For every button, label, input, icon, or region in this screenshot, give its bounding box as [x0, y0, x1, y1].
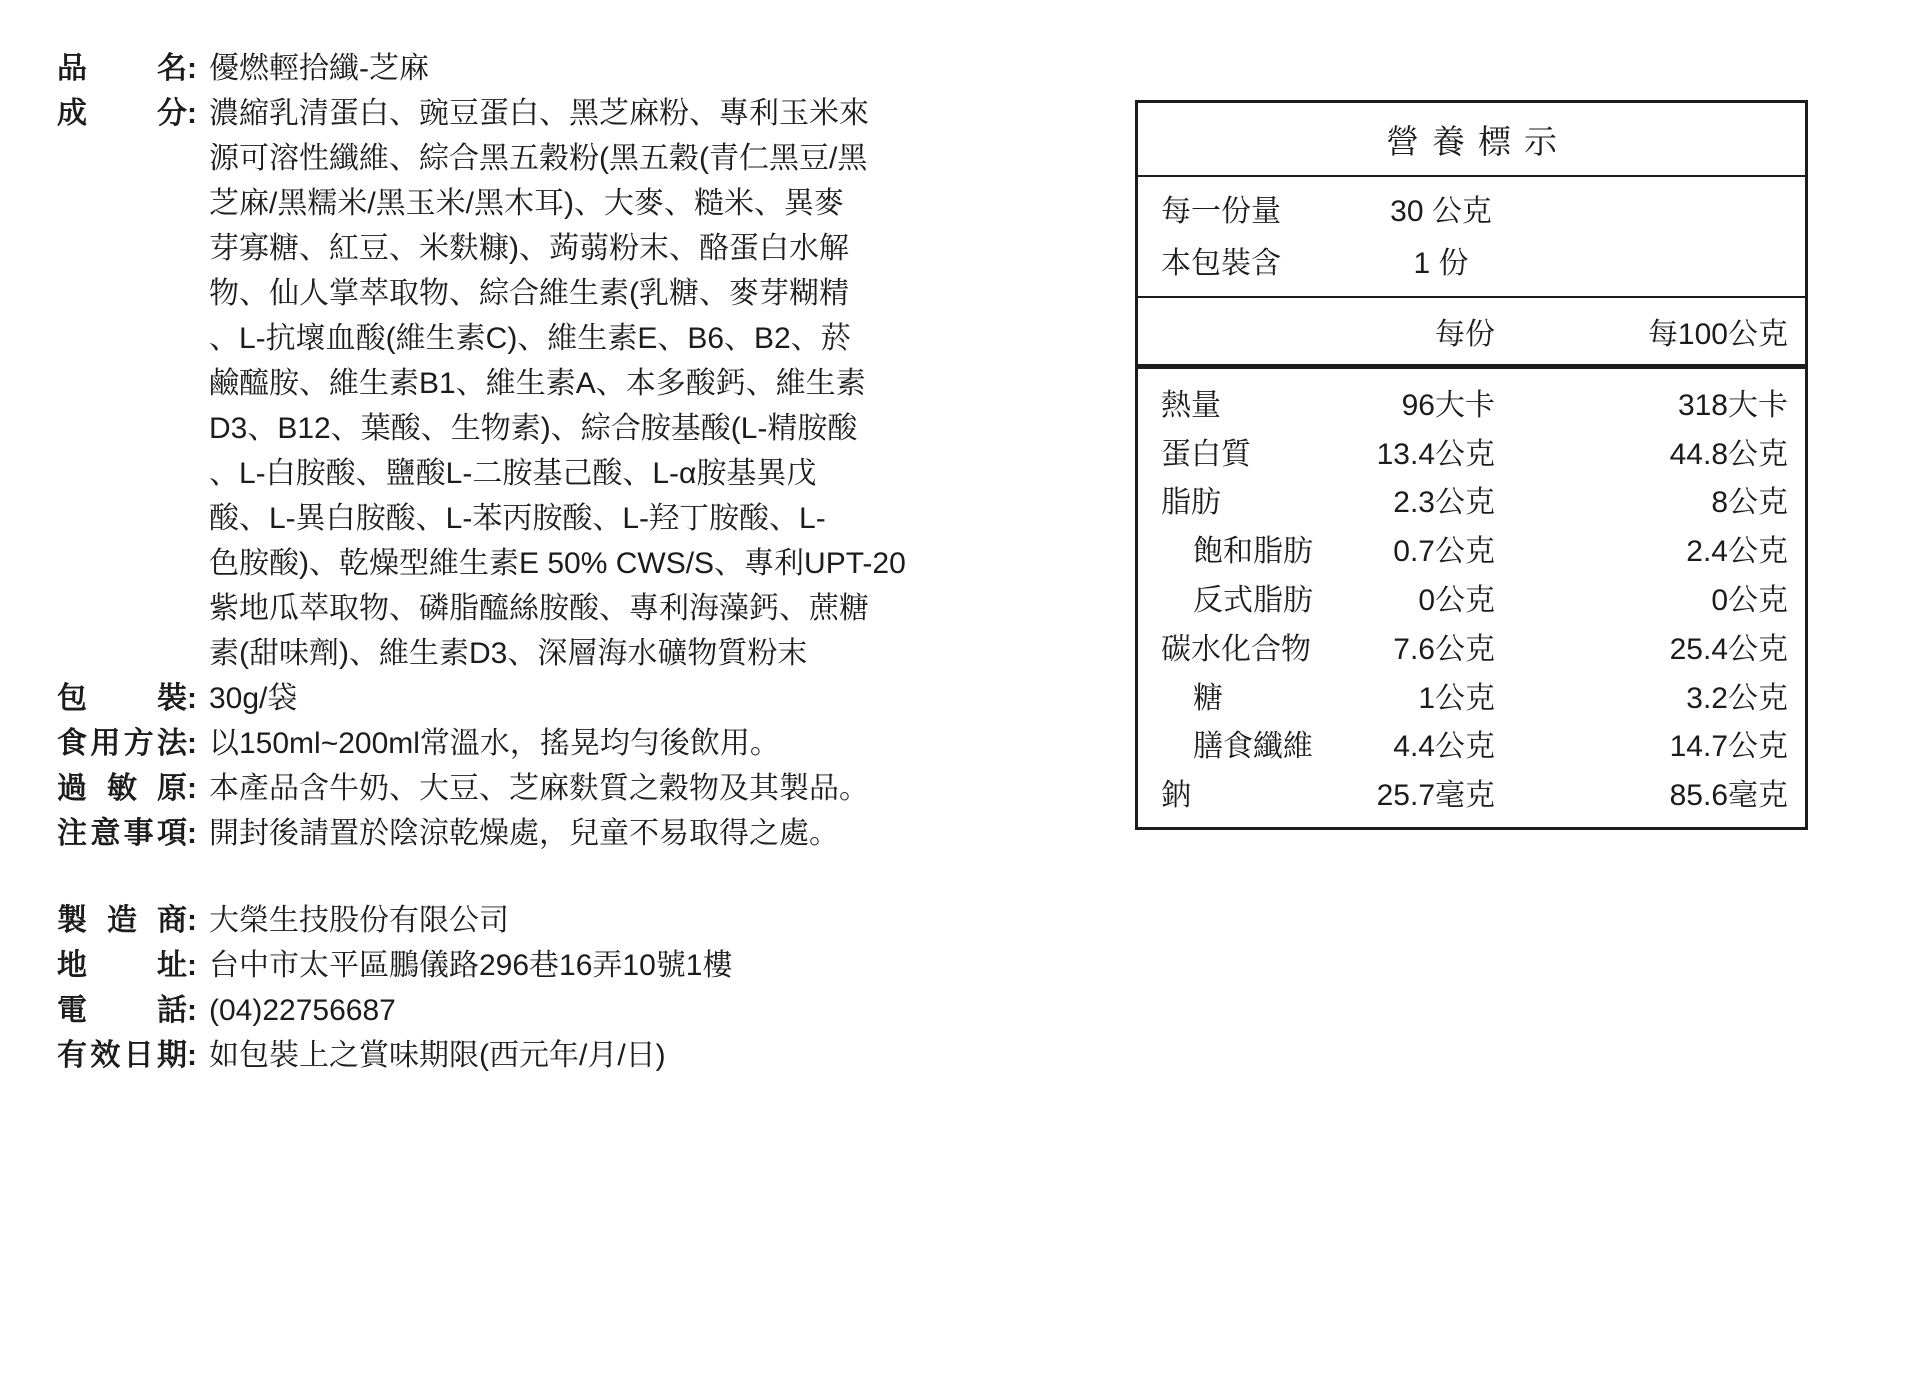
field-colon: :	[187, 943, 197, 988]
product-label-page: 品名 : 優燃輕拾纖-芝麻 成分 : 濃縮乳清蛋白、豌豆蛋白、黑芝麻粉、專利玉米…	[0, 0, 1920, 1384]
field-colon: :	[187, 766, 197, 811]
field-value-address: 台中市太平區鵬儀路296巷16弄10號1樓	[209, 943, 922, 988]
nutrient-label: 飽和脂肪	[1161, 526, 1325, 570]
field-colon: :	[187, 676, 197, 721]
nutrition-row-dietary-fiber: 膳食纖維 4.4公克 14.7公克	[1161, 721, 1788, 765]
field-phone: 電話 : (04)22756687	[57, 988, 922, 1033]
nutrient-label: 碳水化合物	[1161, 624, 1325, 668]
field-value-manufacturer: 大榮生技股份有限公司	[209, 898, 922, 943]
nutrient-per-100g: 44.8公克	[1495, 429, 1788, 473]
nutrient-per-100g: 318大卡	[1495, 380, 1788, 424]
field-label-product-name: 品名	[57, 46, 187, 91]
field-colon: :	[187, 988, 197, 1033]
nutrient-per-serving: 1公克	[1325, 673, 1495, 717]
field-colon: :	[187, 46, 197, 91]
nutrient-per-serving: 4.4公克	[1325, 721, 1495, 765]
nutrient-per-100g: 8公克	[1495, 477, 1788, 521]
field-value-usage: 以150ml~200ml常溫水，搖晃均勻後飲用。	[209, 721, 922, 766]
nutrient-label: 脂肪	[1161, 477, 1325, 521]
field-usage: 食用方法 : 以150ml~200ml常溫水，搖晃均勻後飲用。	[57, 721, 922, 766]
field-value-product-name: 優燃輕拾纖-芝麻	[209, 46, 922, 91]
nutrition-row-sodium: 鈉 25.7毫克 85.6毫克	[1161, 770, 1788, 814]
nutrition-row-calories: 熱量 96大卡 318大卡	[1161, 380, 1788, 424]
column-header-per-100g: 每100公克	[1495, 309, 1788, 353]
field-value-caution: 開封後請置於陰涼乾燥處，兒童不易取得之處。	[209, 811, 922, 856]
field-ingredients: 成分 : 濃縮乳清蛋白、豌豆蛋白、黑芝麻粉、專利玉米來 源可溶性纖維、綜合黑五穀…	[57, 91, 922, 676]
field-value-phone: (04)22756687	[209, 988, 922, 1033]
nutrition-serving-info: 每一份量 30 公克 本包裝含 1 份	[1138, 177, 1805, 298]
field-colon: :	[187, 898, 197, 943]
nutrient-label: 糖	[1161, 673, 1325, 717]
nutrient-per-100g: 85.6毫克	[1495, 770, 1788, 814]
field-value-package: 30g/袋	[209, 676, 922, 721]
field-package: 包裝 : 30g/袋	[57, 676, 922, 721]
servings-per-package-row: 本包裝含 1 份	[1161, 238, 1788, 290]
nutrition-row-protein: 蛋白質 13.4公克 44.8公克	[1161, 429, 1788, 473]
field-colon: :	[187, 811, 197, 856]
nutrient-per-100g: 14.7公克	[1495, 721, 1788, 765]
nutrient-label: 反式脂肪	[1161, 575, 1325, 619]
nutrition-rows: 熱量 96大卡 318大卡 蛋白質 13.4公克 44.8公克 脂肪 2.3公克…	[1138, 369, 1805, 827]
field-value-expiry: 如包裝上之賞味期限(西元年/月/日)	[209, 1033, 922, 1078]
nutrition-row-saturated-fat: 飽和脂肪 0.7公克 2.4公克	[1161, 526, 1788, 570]
field-label-expiry: 有效日期	[57, 1033, 187, 1078]
nutrient-per-serving: 7.6公克	[1325, 624, 1495, 668]
nutrition-row-fat: 脂肪 2.3公克 8公克	[1161, 477, 1788, 521]
nutrient-per-serving: 0.7公克	[1325, 526, 1495, 570]
nutrition-row-carbohydrate: 碳水化合物 7.6公克 25.4公克	[1161, 624, 1788, 668]
serving-size-value: 30 公克	[1376, 186, 1506, 238]
nutrient-label: 熱量	[1161, 380, 1325, 424]
field-label-package: 包裝	[57, 676, 187, 721]
field-caution: 注意事項 : 開封後請置於陰涼乾燥處，兒童不易取得之處。	[57, 811, 922, 856]
nutrient-per-serving: 96大卡	[1325, 380, 1495, 424]
column-header-per-serving: 每份	[1325, 309, 1495, 353]
servings-per-package-value: 1 份	[1376, 238, 1506, 290]
field-label-caution: 注意事項	[57, 811, 187, 856]
nutrient-per-100g: 3.2公克	[1495, 673, 1788, 717]
serving-size-row: 每一份量 30 公克	[1161, 186, 1788, 238]
field-label-ingredients: 成分	[57, 91, 187, 136]
nutrient-label: 蛋白質	[1161, 429, 1325, 473]
nutrient-per-100g: 2.4公克	[1495, 526, 1788, 570]
field-address: 地址 : 台中市太平區鵬儀路296巷16弄10號1樓	[57, 943, 922, 988]
nutrient-per-serving: 25.7毫克	[1325, 770, 1495, 814]
field-label-usage: 食用方法	[57, 721, 187, 766]
nutrition-column-headers: 每份 每100公克	[1138, 298, 1805, 369]
field-label-phone: 電話	[57, 988, 187, 1033]
product-info-section: 品名 : 優燃輕拾纖-芝麻 成分 : 濃縮乳清蛋白、豌豆蛋白、黑芝麻粉、專利玉米…	[57, 46, 922, 1078]
servings-per-package-label: 本包裝含	[1161, 238, 1376, 290]
nutrient-per-serving: 2.3公克	[1325, 477, 1495, 521]
field-allergen: 過敏原 : 本產品含牛奶、大豆、芝麻麩質之穀物及其製品。	[57, 766, 922, 811]
nutrition-row-sugar: 糖 1公克 3.2公克	[1161, 673, 1788, 717]
nutrition-table-title: 營養標示	[1138, 103, 1805, 177]
field-expiry: 有效日期 : 如包裝上之賞味期限(西元年/月/日)	[57, 1033, 922, 1078]
field-label-address: 地址	[57, 943, 187, 988]
field-product-name: 品名 : 優燃輕拾纖-芝麻	[57, 46, 922, 91]
serving-size-label: 每一份量	[1161, 186, 1376, 238]
nutrient-per-100g: 25.4公克	[1495, 624, 1788, 668]
field-colon: :	[187, 721, 197, 766]
field-label-allergen: 過敏原	[57, 766, 187, 811]
field-colon: :	[187, 1033, 197, 1078]
field-colon: :	[187, 91, 197, 136]
nutrient-label: 鈉	[1161, 770, 1325, 814]
nutrient-per-serving: 0公克	[1325, 575, 1495, 619]
nutrient-per-100g: 0公克	[1495, 575, 1788, 619]
nutrition-row-trans-fat: 反式脂肪 0公克 0公克	[1161, 575, 1788, 619]
field-manufacturer: 製造商 : 大榮生技股份有限公司	[57, 898, 922, 943]
section-gap	[57, 856, 922, 898]
field-value-ingredients: 濃縮乳清蛋白、豌豆蛋白、黑芝麻粉、專利玉米來 源可溶性纖維、綜合黑五穀粉(黑五穀…	[209, 91, 922, 676]
nutrient-label: 膳食纖維	[1161, 721, 1325, 765]
nutrition-facts-table: 營養標示 每一份量 30 公克 本包裝含 1 份 每份 每100公克 熱量 96…	[1135, 100, 1808, 830]
field-value-allergen: 本產品含牛奶、大豆、芝麻麩質之穀物及其製品。	[209, 766, 922, 811]
field-label-manufacturer: 製造商	[57, 898, 187, 943]
nutrient-per-serving: 13.4公克	[1325, 429, 1495, 473]
